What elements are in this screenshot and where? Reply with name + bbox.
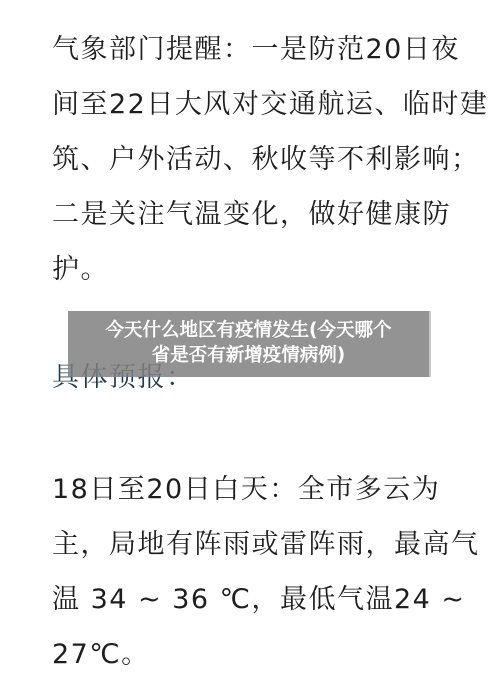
advisory-line-2: 间至22日大风对交通航运、临时建	[52, 77, 452, 132]
forecast-line-1: 18日至20日白天：全市多云为	[52, 462, 452, 517]
advisory-line-5: 护。	[52, 242, 452, 297]
weather-advisory-paragraph: 气象部门提醒：一是防范20日夜 间至22日大风对交通航运、临时建 筑、户外活动、…	[52, 22, 452, 297]
advisory-line-4: 二是关注气温变化，做好健康防	[52, 187, 452, 242]
forecast-line-3: 温 34 ~ 36 ℃，最低气温24 ~	[52, 572, 452, 627]
forecast-paragraph: 18日至20日白天：全市多云为 主，局地有阵雨或雷阵雨，最高气 温 34 ~ 3…	[52, 462, 452, 682]
advisory-line-3: 筑、户外活动、秋收等不利影响；	[52, 132, 452, 187]
advisory-line-1: 气象部门提醒：一是防范20日夜	[52, 22, 452, 77]
article-title-overlay[interactable]: 今天什么地区有疫情发生(今天哪个 省是否有新增疫情病例)	[68, 311, 431, 377]
overlay-title-line-1: 今天什么地区有疫情发生(今天哪个	[68, 318, 429, 343]
overlay-title-line-2: 省是否有新增疫情病例)	[68, 343, 429, 368]
forecast-line-4: 27℃。	[52, 627, 452, 682]
forecast-line-2: 主，局地有阵雨或雷阵雨，最高气	[52, 517, 452, 572]
